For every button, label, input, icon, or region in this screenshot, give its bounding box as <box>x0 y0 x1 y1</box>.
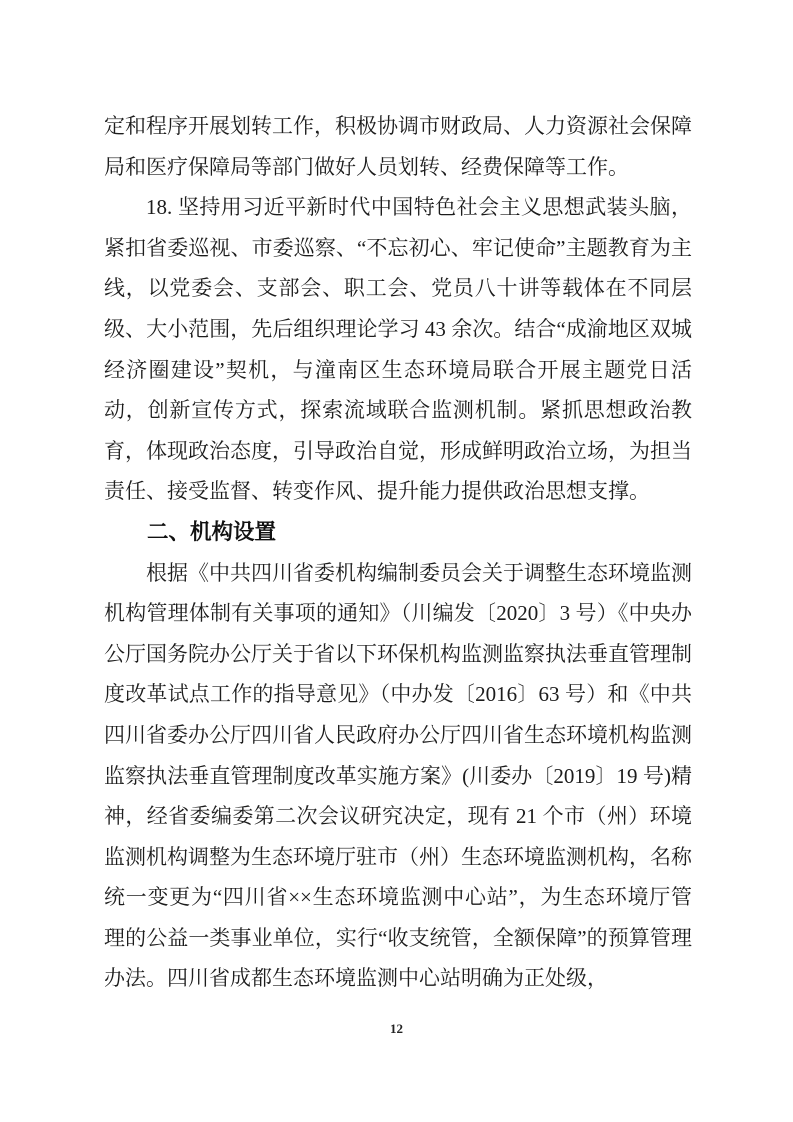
page-number: 12 <box>0 1021 793 1037</box>
document-page: 定和程序开展划转工作，积极协调市财政局、人力资源社会保障局和医疗保障局等部门做好… <box>0 0 793 1122</box>
paragraph-section-body: 根据《中共四川省委机构编制委员会关于调整生态环境监测机构管理体制有关事项的通知》… <box>104 553 692 1000</box>
paragraph-item-18: 18. 坚持用习近平新时代中国特色社会主义思想武装头脑，紧扣省委巡视、市委巡察、… <box>104 187 692 512</box>
page-content: 定和程序开展划转工作，积极协调市财政局、人力资源社会保障局和医疗保障局等部门做好… <box>104 106 692 999</box>
paragraph-continuation: 定和程序开展划转工作，积极协调市财政局、人力资源社会保障局和医疗保障局等部门做好… <box>104 106 692 187</box>
section-heading: 二、机构设置 <box>104 512 692 553</box>
